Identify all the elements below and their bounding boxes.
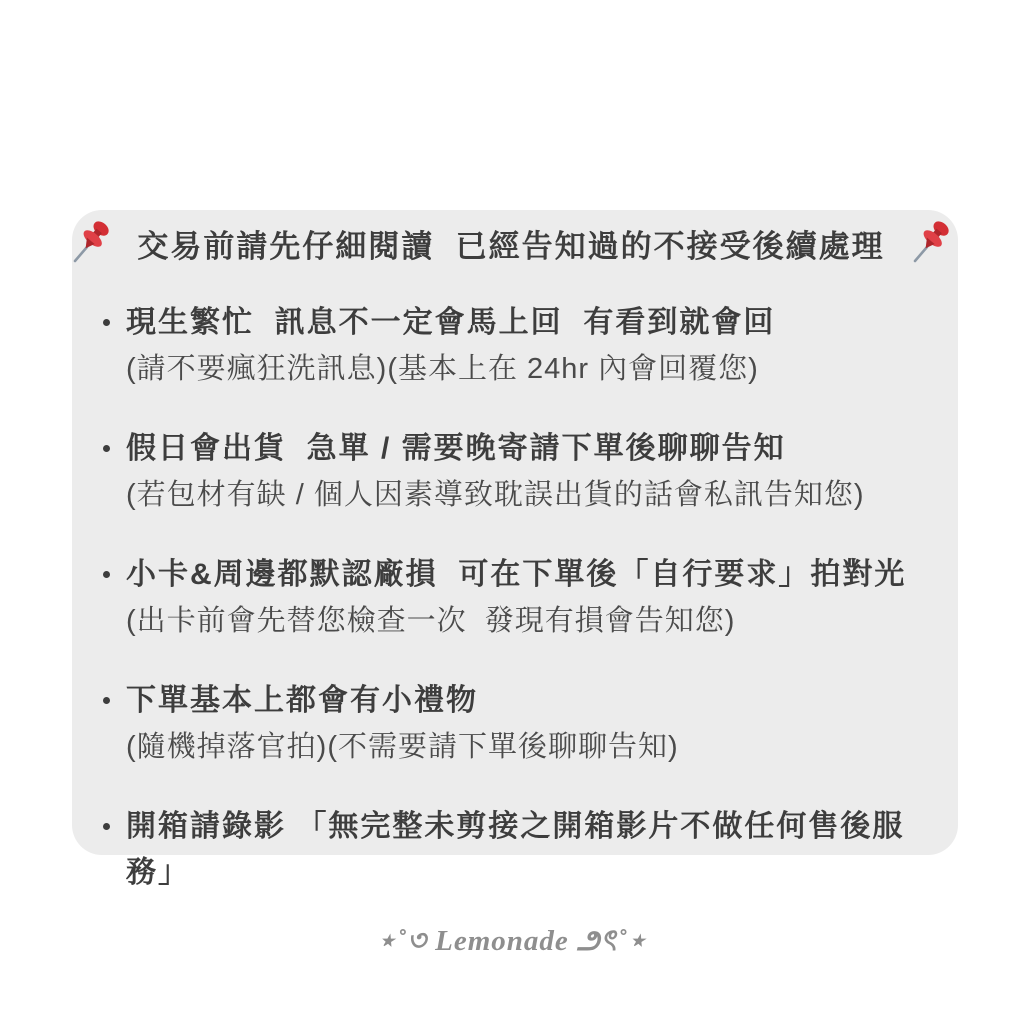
notice-title: 交易前請先仔細閱讀 已經告知過的不接受後續處理 (137, 221, 884, 266)
bullet-dot (103, 319, 110, 326)
bullet-dot (103, 445, 110, 452)
rule-sub-text: (請不要瘋狂洗訊息)(基本上在 24hr 內會回覆您) (126, 346, 775, 392)
rule-item-card-condition: 小卡&周邊都默認廠損 可在下單後「自行要求」拍對光 (出卡前會先替您檢查一次 發… (100, 552, 922, 644)
bullet-dot (103, 823, 110, 830)
bullet-dot (103, 571, 110, 578)
pushpin-icon (67, 219, 115, 267)
title-row: 交易前請先仔細閱讀 已經告知過的不接受後續處理 (100, 219, 922, 267)
rule-main-text: 小卡&周邊都默認廠損 可在下單後「自行要求」拍對光 (126, 552, 906, 598)
pushpin-icon (907, 219, 955, 267)
page-background: 交易前請先仔細閱讀 已經告知過的不接受後續處理 現生繁忙 訊息不一定 (0, 0, 1024, 1024)
rule-item-unboxing-video: 開箱請錄影 「無完整未剪接之開箱影片不做任何售後服務」 (100, 804, 922, 896)
shop-signature: ⋆˚৩ Lemonade ౨ৎ˚⋆ (0, 918, 1024, 967)
rule-main-text: 開箱請錄影 「無完整未剪接之開箱影片不做任何售後服務」 (126, 804, 922, 896)
rule-item-reply-time: 現生繁忙 訊息不一定會馬上回 有看到就會回 (請不要瘋狂洗訊息)(基本上在 24… (100, 300, 922, 392)
rule-item-gift: 下單基本上都會有小禮物 (隨機掉落官拍)(不需要請下單後聊聊告知) (100, 678, 922, 770)
rules-list: 現生繁忙 訊息不一定會馬上回 有看到就會回 (請不要瘋狂洗訊息)(基本上在 24… (100, 300, 922, 896)
rule-main-text: 下單基本上都會有小禮物 (126, 678, 679, 724)
rule-sub-text: (若包材有缺 / 個人因素導致耽誤出貨的話會私訊告知您) (126, 472, 865, 518)
notice-card: 交易前請先仔細閱讀 已經告知過的不接受後續處理 現生繁忙 訊息不一定 (72, 210, 958, 855)
rule-item-shipping: 假日會出貨 急單 / 需要晚寄請下單後聊聊告知 (若包材有缺 / 個人因素導致耽… (100, 426, 922, 518)
bullet-dot (103, 697, 110, 704)
rule-main-text: 假日會出貨 急單 / 需要晚寄請下單後聊聊告知 (126, 426, 865, 472)
rule-sub-text: (出卡前會先替您檢查一次 發現有損會告知您) (126, 598, 906, 644)
rule-main-text: 現生繁忙 訊息不一定會馬上回 有看到就會回 (126, 300, 775, 346)
rule-sub-text: (隨機掉落官拍)(不需要請下單後聊聊告知) (126, 724, 679, 770)
